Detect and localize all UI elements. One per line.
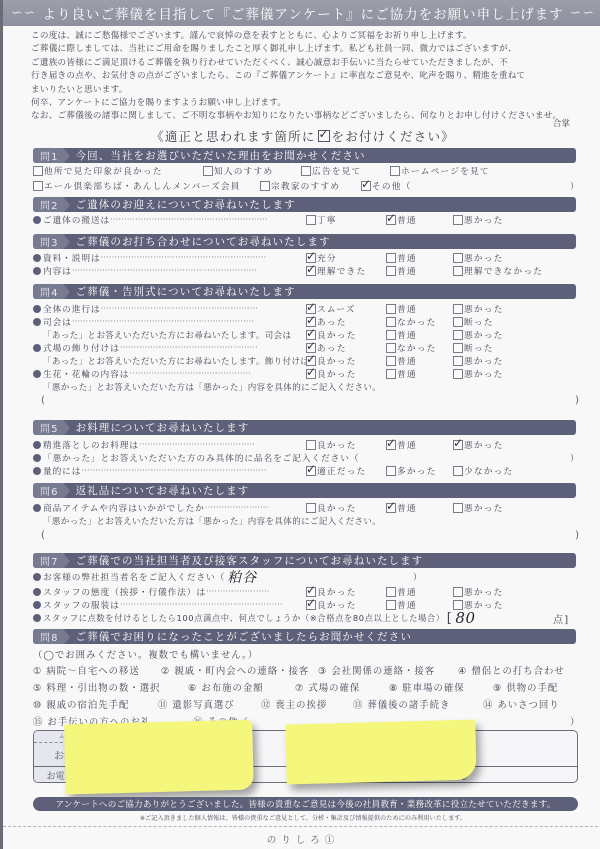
q8-line: ⑩ 親戚の宿泊先手配 ⑪ 遺影写真選び ⑫ 喪主の挨拶 ⑬ 葬儀後の諸手続き ⑭…: [33, 697, 578, 711]
option-label: なかった: [397, 316, 437, 328]
bullet-icon: [33, 370, 41, 378]
thanks-banner: アンケートへのご協力ありがとうございました。皆様の貴重なご意見は今後の社員教育・…: [33, 797, 578, 811]
option-label: 少なかった: [464, 465, 513, 477]
option[interactable]: なかった: [386, 316, 437, 328]
option[interactable]: 悪かった: [453, 586, 504, 598]
option[interactable]: 悪かった: [453, 329, 504, 341]
leader-dots: ········································…: [139, 440, 255, 450]
section-title: お料理についてお尋ねいたします: [76, 420, 250, 435]
glue-margin-label: のりしろ①: [3, 832, 600, 846]
option[interactable]: 適正だった: [306, 465, 366, 477]
q4-row: 生花・花輪の内容は·······························…: [33, 368, 578, 380]
page-title: より良いご葬儀を目指して『ご葬儀アンケート』にご協力をお願い申し上げます: [42, 3, 563, 23]
checkbox[interactable]: [453, 304, 463, 314]
section-number: 問3: [33, 234, 64, 249]
q8-item[interactable]: ① 病院～自宅への移送: [33, 663, 140, 677]
option[interactable]: 普通: [386, 252, 417, 264]
checkbox[interactable]: [453, 317, 463, 327]
q1-option[interactable]: 広告を見て: [301, 165, 361, 177]
option-label: 適正だった: [317, 465, 366, 477]
checkbox-checked[interactable]: [386, 440, 396, 450]
q8-item[interactable]: ⑤ 料理・引出物の数・選択: [33, 680, 161, 694]
cut-line: [3, 826, 600, 827]
q8-item[interactable]: ⑩ 親戚の宿泊先手配: [33, 697, 129, 711]
option-label: 良かった: [317, 439, 357, 451]
option-label: あった: [317, 342, 347, 354]
score-value[interactable]: 80: [455, 609, 475, 627]
option-label: 多かった: [397, 465, 437, 477]
option-label: 広告を見て: [312, 165, 361, 177]
intro-line: 何卒、アンケートにご協力を賜りますようお願い申し上げます。: [31, 97, 586, 110]
question-label: 量的には: [43, 465, 81, 477]
q7-staff-name-row: お客様の弊社担当者名をご記入ください（ 粕谷 ）: [33, 571, 578, 583]
section-header-q4: 問4 ご葬儀・告別式についてお尋ねいたします: [33, 284, 576, 299]
q1-option[interactable]: エール倶楽部ちば・あんしんメンバーズ会員: [33, 180, 241, 192]
question-label: 司会は: [43, 316, 72, 328]
option[interactable]: 悪かった: [453, 355, 504, 367]
section-title: ご葬儀でお困りになったことがございましたらお聞かせください: [76, 629, 412, 644]
option-label: 普通: [397, 502, 417, 514]
q1-option[interactable]: 知人のすすめ: [203, 165, 273, 177]
option-label: スムーズ: [317, 303, 356, 315]
bullet-icon: [33, 254, 41, 262]
leader-dots: ········································…: [72, 317, 254, 327]
chevron-right-icon: [64, 235, 70, 249]
section-header-q7: 問7 ご葬儀での当社担当者及び接客スタッフについてお尋ねいたします: [33, 553, 576, 568]
paren-close: ): [575, 395, 579, 406]
checkbox[interactable]: [306, 440, 316, 450]
redaction-sticky-name-phone: [64, 720, 254, 795]
option-label: 悪かった: [464, 439, 504, 451]
question-label: ご遺体の搬送は: [43, 214, 110, 226]
paren-close: ）: [570, 180, 580, 192]
checkbox[interactable]: [453, 466, 463, 476]
option-label: 普通: [397, 368, 417, 380]
checkbox[interactable]: [386, 266, 396, 276]
q4-comment-field[interactable]: ( ): [41, 395, 579, 409]
bullet-icon: [33, 614, 41, 622]
q8-item[interactable]: ⑫ 喪主の挨拶: [261, 697, 327, 711]
option[interactable]: 丁寧: [306, 214, 337, 226]
checkbox-checked[interactable]: [306, 600, 316, 610]
option-label: 悪かった: [464, 329, 504, 341]
question-label: 「あった」とお答えいただいた方にお尋ねいたします。司会は: [43, 329, 291, 341]
section-title: ご葬儀のお打ち合わせについてお尋ねいたします: [76, 234, 331, 249]
checkbox[interactable]: [260, 181, 270, 191]
checkbox-checked[interactable]: [306, 466, 316, 476]
option-label: 宗教家のすすめ: [271, 180, 340, 192]
option[interactable]: 普通: [386, 439, 417, 451]
option-label: 悪かった: [464, 355, 504, 367]
option-label: 他所で見た印象が良かった: [44, 165, 163, 177]
bullet-icon: [33, 267, 41, 275]
option[interactable]: 普通: [386, 329, 417, 341]
q8-options: （◯でお囲みください。複数でも構いません。） ① 病院～自宅への移送 ② 親戚・…: [33, 647, 578, 727]
option[interactable]: 普通: [386, 355, 417, 367]
leader-dots: ········································…: [101, 304, 258, 314]
option[interactable]: 悪かった: [453, 368, 504, 380]
option[interactable]: 断った: [453, 316, 494, 328]
question-label: 全体の進行は: [43, 303, 101, 315]
q8-item[interactable]: ⑧ 駐車場の確保: [389, 680, 465, 694]
checkbox[interactable]: [386, 304, 396, 314]
section-number: 問8: [33, 629, 64, 644]
q8-item[interactable]: ② 親戚・町内会への連絡・接客: [161, 663, 309, 677]
bullet-icon: [33, 441, 41, 449]
chevron-right-icon: [64, 554, 70, 568]
paren-close: ）: [570, 452, 580, 464]
checkbox[interactable]: [453, 253, 463, 263]
checkbox[interactable]: [386, 369, 396, 379]
checkbox[interactable]: [386, 343, 396, 353]
q3-row: 内容は·····································…: [33, 265, 578, 277]
checkbox-checked[interactable]: [306, 369, 316, 379]
q1-options-row2: エール倶楽部ちば・あんしんメンバーズ会員 宗教家のすすめ その他（ ）: [33, 180, 578, 192]
option[interactable]: 普通: [386, 599, 417, 611]
option-label: 普通: [397, 303, 417, 315]
section-number: 問2: [33, 197, 64, 212]
redaction-sticky-address-email: [285, 720, 477, 785]
checkbox-checked[interactable]: [306, 266, 316, 276]
checkbox[interactable]: [453, 503, 463, 513]
bullet-icon: [33, 454, 41, 462]
option-label: 悪かった: [464, 502, 504, 514]
option-label: あった: [317, 316, 347, 328]
q8-item[interactable]: ⑪ 遺影写真選び: [158, 697, 235, 711]
option[interactable]: 理解できなかった: [453, 265, 543, 277]
leader-dots: ·······················: [205, 503, 269, 513]
question-label: 資料・説明は: [43, 252, 101, 264]
q8-item[interactable]: ⑬ 葬儀後の諸手続き: [353, 697, 450, 711]
checkbox-checked[interactable]: [386, 215, 396, 225]
option[interactable]: 普通: [386, 502, 417, 514]
bracket-open: [: [447, 611, 453, 626]
option-label: 良かった: [317, 355, 357, 367]
bullet-icon: [33, 305, 41, 313]
survey-page: ∽∽ より良いご葬儀を目指して『ご葬儀アンケート』にご協力をお願い申し上げます …: [0, 0, 600, 849]
checkbox-checked[interactable]: [386, 503, 396, 513]
chevron-right-icon: [64, 630, 70, 644]
option-label: 普通: [397, 265, 417, 277]
q8-item[interactable]: ③ 会社関係の連絡・接客: [318, 663, 435, 677]
question-label: スタッフの服装は: [43, 599, 120, 611]
option-label: 丁寧: [317, 214, 337, 226]
leader-dots: ········································…: [101, 253, 267, 263]
option-label: 理解できなかった: [464, 265, 543, 277]
q8-item[interactable]: ⑦ 式場の確保: [295, 680, 360, 694]
section-title: 今回、当社をお選びいただいた理由をお聞かせください: [76, 148, 366, 163]
chevron-right-icon: [64, 421, 70, 435]
leader-dots: ········································…: [72, 266, 257, 276]
section-title: ご葬儀での当社担当者及び接客スタッフについてお尋ねいたします: [76, 553, 424, 568]
option[interactable]: 断った: [453, 342, 494, 354]
chevron-right-icon: [64, 285, 70, 299]
section-header-q5: 問5 お料理についてお尋ねいたします: [33, 420, 576, 435]
option-label: 普通: [397, 355, 417, 367]
checkbox[interactable]: [453, 343, 463, 353]
checkbox[interactable]: [453, 587, 463, 597]
checkbox[interactable]: [386, 330, 396, 340]
q8-line: ① 病院～自宅への移送 ② 親戚・町内会への連絡・接客 ③ 会社関係の連絡・接客…: [33, 663, 578, 677]
paren-open: (: [41, 530, 45, 541]
option[interactable]: 悪かった: [453, 252, 504, 264]
option-label: ホームページを見て: [401, 165, 490, 177]
section-number: 問5: [33, 420, 64, 435]
score-unit: 点]: [553, 612, 569, 624]
section-number: 問1: [33, 148, 64, 163]
instruction: 《適正と思われます箇所にをお付けください》: [3, 127, 600, 145]
option-label: 普通: [397, 252, 417, 264]
option-label: なかった: [397, 342, 437, 354]
option-label: 充分: [317, 252, 337, 264]
chevron-right-icon: [64, 484, 70, 498]
section-title: ご葬儀・告別式についてお尋ねいたします: [76, 284, 296, 299]
option[interactable]: 悪かった: [453, 214, 504, 226]
option[interactable]: 良かった: [306, 368, 357, 380]
checkbox[interactable]: [33, 181, 43, 191]
leader-dots: ·······················: [206, 587, 270, 597]
paren-close: ）: [570, 714, 580, 728]
option-label: エール倶楽部ちば・あんしんメンバーズ会員: [44, 180, 241, 192]
intro-line: この度は、誠にご愁傷様でございます。謹んで哀悼の意を表すとともに、心よりご冥福を…: [31, 30, 586, 43]
option[interactable]: 悪かった: [453, 303, 504, 315]
checkbox[interactable]: [453, 369, 463, 379]
option[interactable]: なかった: [386, 342, 437, 354]
paren-close: ): [575, 530, 579, 541]
instruction-before: 《適正と思われます箇所に: [151, 129, 315, 144]
section-header-q1: 問1 今回、当社をお選びいただいた理由をお聞かせください: [33, 148, 576, 163]
question-label: 内容は: [43, 265, 72, 277]
bullet-icon: [33, 601, 41, 609]
paren-close: ）: [413, 571, 423, 583]
bullet-icon: [33, 573, 41, 581]
ornament-left-icon: ∽∽: [11, 5, 36, 21]
option-label: 普通: [397, 599, 417, 611]
chevron-right-icon: [64, 198, 70, 212]
checkbox[interactable]: [386, 587, 396, 597]
option[interactable]: 普通: [386, 265, 417, 277]
question-label: 精進落としのお料理は: [43, 439, 139, 451]
section-number: 問6: [33, 483, 64, 498]
option-label: 良かった: [317, 599, 357, 611]
q8-item[interactable]: ⑨ 供物の手配: [493, 680, 558, 694]
option-label: 良かった: [317, 368, 357, 380]
q6-row: 商品アイテムや内容はいかがでしたか·······················…: [33, 502, 578, 514]
q2-row: ご遺体の搬送は·································…: [33, 214, 578, 226]
checkbox[interactable]: [203, 166, 213, 176]
option-label: 断った: [464, 316, 494, 328]
q6-comment-field[interactable]: ( ): [41, 530, 579, 544]
intro-line: ご葬儀に際しましては、当社にご用命を賜りましたこと厚く御礼申し上げます。私ども社…: [31, 43, 586, 56]
q8-item[interactable]: ⑥ お布施の金額: [188, 680, 264, 694]
q8-note: （◯でお囲みください。複数でも構いません。）: [33, 647, 258, 661]
q5-amount-row: 量的には····································…: [33, 465, 578, 477]
q7-row: スタッフの服装は································…: [33, 599, 578, 611]
leader-dots: ········································…: [81, 466, 266, 476]
question-label: スタッフの態度（挨拶・行儀作法）は: [43, 586, 206, 598]
option-label: 理解できた: [317, 265, 366, 277]
option-label: 普通: [397, 586, 417, 598]
q1-option-other[interactable]: その他（: [361, 180, 412, 192]
option[interactable]: 少なかった: [453, 465, 513, 477]
question-label: お客様の弊社担当者名をご記入ください（: [43, 571, 225, 583]
question-label: 生花・花輪の内容は: [43, 368, 129, 380]
intro-line: まいりたいと思います。: [31, 84, 586, 97]
question-label: 式場の飾り付けは: [43, 342, 120, 354]
q1-option[interactable]: ホームページを見て: [390, 165, 490, 177]
bullet-icon: [33, 318, 41, 326]
option[interactable]: 良かった: [306, 439, 357, 451]
intro-line: 行き届きの点や、お気付きの点がございましたら、この『ご葬儀アンケート』に率直なご…: [31, 70, 586, 83]
section-number: 問7: [33, 553, 64, 568]
bullet-icon: [33, 504, 41, 512]
q1-option[interactable]: 宗教家のすすめ: [260, 180, 340, 192]
option-label: 悪かった: [464, 368, 504, 380]
checkbox[interactable]: [386, 317, 396, 327]
checkbox[interactable]: [306, 215, 316, 225]
option[interactable]: 多かった: [386, 465, 437, 477]
intro-line: なお、ご葬儀後の諸事に関しまして、ご不明な事柄やお知りになりたい事柄などございま…: [31, 110, 586, 123]
option[interactable]: 理解できた: [306, 265, 366, 277]
option-label: その他（: [372, 180, 412, 192]
bullet-icon: [33, 588, 41, 596]
option[interactable]: 普通: [386, 214, 417, 226]
title-bar: ∽∽ より良いご葬儀を目指して『ご葬儀アンケート』にご協力をお願い申し上げます …: [3, 0, 600, 26]
checkbox[interactable]: [301, 166, 311, 176]
option[interactable]: 良かった: [306, 599, 357, 611]
option[interactable]: 普通: [386, 368, 417, 380]
option[interactable]: 悪かった: [453, 439, 504, 451]
section-number: 問4: [33, 284, 64, 299]
section-header-q3: 問3 ご葬儀のお打ち合わせについてお尋ねいたします: [33, 234, 576, 249]
checkbox[interactable]: [386, 466, 396, 476]
checkbox[interactable]: [453, 215, 463, 225]
checkbox-sample-icon: [318, 130, 330, 142]
q1-options-row1: 他所で見た印象が良かった 知人のすすめ 広告を見て ホームページを見て: [33, 165, 578, 177]
checkbox[interactable]: [306, 503, 316, 513]
section-title: 返礼品についてお尋ねいたします: [76, 483, 250, 498]
option-label: 悪かった: [464, 586, 504, 598]
option-label: 普通: [397, 439, 417, 451]
option-label: 良かった: [317, 502, 357, 514]
paren-open: (: [41, 395, 45, 406]
privacy-note: ※ご記入頂きました個人情報は、皆様の貴重なご意見として、分析・集計及び情報提供の…: [3, 813, 600, 822]
leader-dots: ········································…: [120, 343, 258, 353]
q8-item[interactable]: ⑭ あいさつ回り: [483, 697, 560, 711]
section-header-q2: 問2 ご遺体のお迎えについてお尋ねいたします: [33, 197, 576, 212]
option-label: 悪かった: [464, 252, 504, 264]
checkbox-checked[interactable]: [361, 181, 371, 191]
question-label: 商品アイテムや内容はいかがでしたか: [43, 502, 205, 514]
checkbox-checked[interactable]: [453, 440, 463, 450]
checkbox[interactable]: [33, 166, 43, 176]
option-label: 良かった: [317, 586, 357, 598]
checkbox[interactable]: [453, 330, 463, 340]
checkbox[interactable]: [386, 253, 396, 263]
staff-name-value[interactable]: 粕谷: [227, 567, 257, 587]
bullet-icon: [33, 467, 41, 475]
section-header-q8: 問8 ご葬儀でお困りになったことがございましたらお聞かせください: [33, 629, 576, 644]
question-label: スタッフに点数を付けるとしたら100点満点中、何点でしょうか（※合格点を80点以…: [43, 612, 445, 624]
option-label: 知人のすすめ: [214, 165, 273, 177]
option-label: 悪かった: [464, 214, 504, 226]
option[interactable]: 悪かった: [453, 502, 504, 514]
question-label: 「あった」とお答えいただいた方にお尋ねいたします。飾り付けは: [43, 355, 309, 367]
q7-score-row: スタッフに点数を付けるとしたら100点満点中、何点でしょうか（※合格点を80点以…: [33, 612, 578, 624]
q5-row: 精進落としのお料理は······························…: [33, 439, 578, 451]
checkbox[interactable]: [453, 266, 463, 276]
intro-text: この度は、誠にご愁傷様でございます。謹んで哀悼の意を表すとともに、心よりご冥福を…: [31, 30, 586, 124]
q8-item[interactable]: ④ 僧侶との打ち合わせ: [458, 663, 565, 677]
option-label: 普通: [397, 214, 417, 226]
instruction-after: をお付けください》: [332, 129, 455, 144]
bullet-icon: [33, 216, 41, 224]
intro-line: ご遺族の皆様にご満足頂けるご葬儀を執り行わせていただくべく、誠心誠意お手伝いに当…: [31, 57, 586, 70]
option[interactable]: 普通: [386, 303, 417, 315]
ornament-right-icon: ∽∽: [570, 5, 595, 21]
bullet-icon: [33, 344, 41, 352]
option-label: 悪かった: [464, 303, 504, 315]
q8-line: ⑤ 料理・引出物の数・選択 ⑥ お布施の金額 ⑦ 式場の確保 ⑧ 駐車場の確保 …: [33, 680, 578, 694]
q4-comment-prompt: 「悪かった」とお答えいただいた方は「悪かった」内容を具体的にご記入ください。: [43, 381, 381, 393]
option[interactable]: 良かった: [306, 502, 357, 514]
checkbox[interactable]: [386, 600, 396, 610]
chevron-right-icon: [64, 149, 70, 163]
checkbox[interactable]: [390, 166, 400, 176]
q6-comment-prompt: 「悪かった」とお答えいただいた方は「悪かった」内容を具体的にご記入ください。: [43, 515, 381, 527]
q1-option[interactable]: 他所で見た印象が良かった: [33, 165, 163, 177]
checkbox[interactable]: [453, 356, 463, 366]
option-label: 良かった: [317, 329, 357, 341]
leader-dots: ········································…: [120, 600, 283, 610]
option[interactable]: 普通: [386, 586, 417, 598]
section-header-q6: 問6 返礼品についてお尋ねいたします: [33, 483, 576, 498]
checkbox[interactable]: [386, 356, 396, 366]
leader-dots: ········································…: [129, 369, 251, 379]
section-title: ご遺体のお迎えについてお尋ねいたします: [76, 197, 296, 212]
option-label: 普通: [397, 329, 417, 341]
option-label: 断った: [464, 342, 494, 354]
leader-dots: ········································…: [110, 215, 267, 225]
